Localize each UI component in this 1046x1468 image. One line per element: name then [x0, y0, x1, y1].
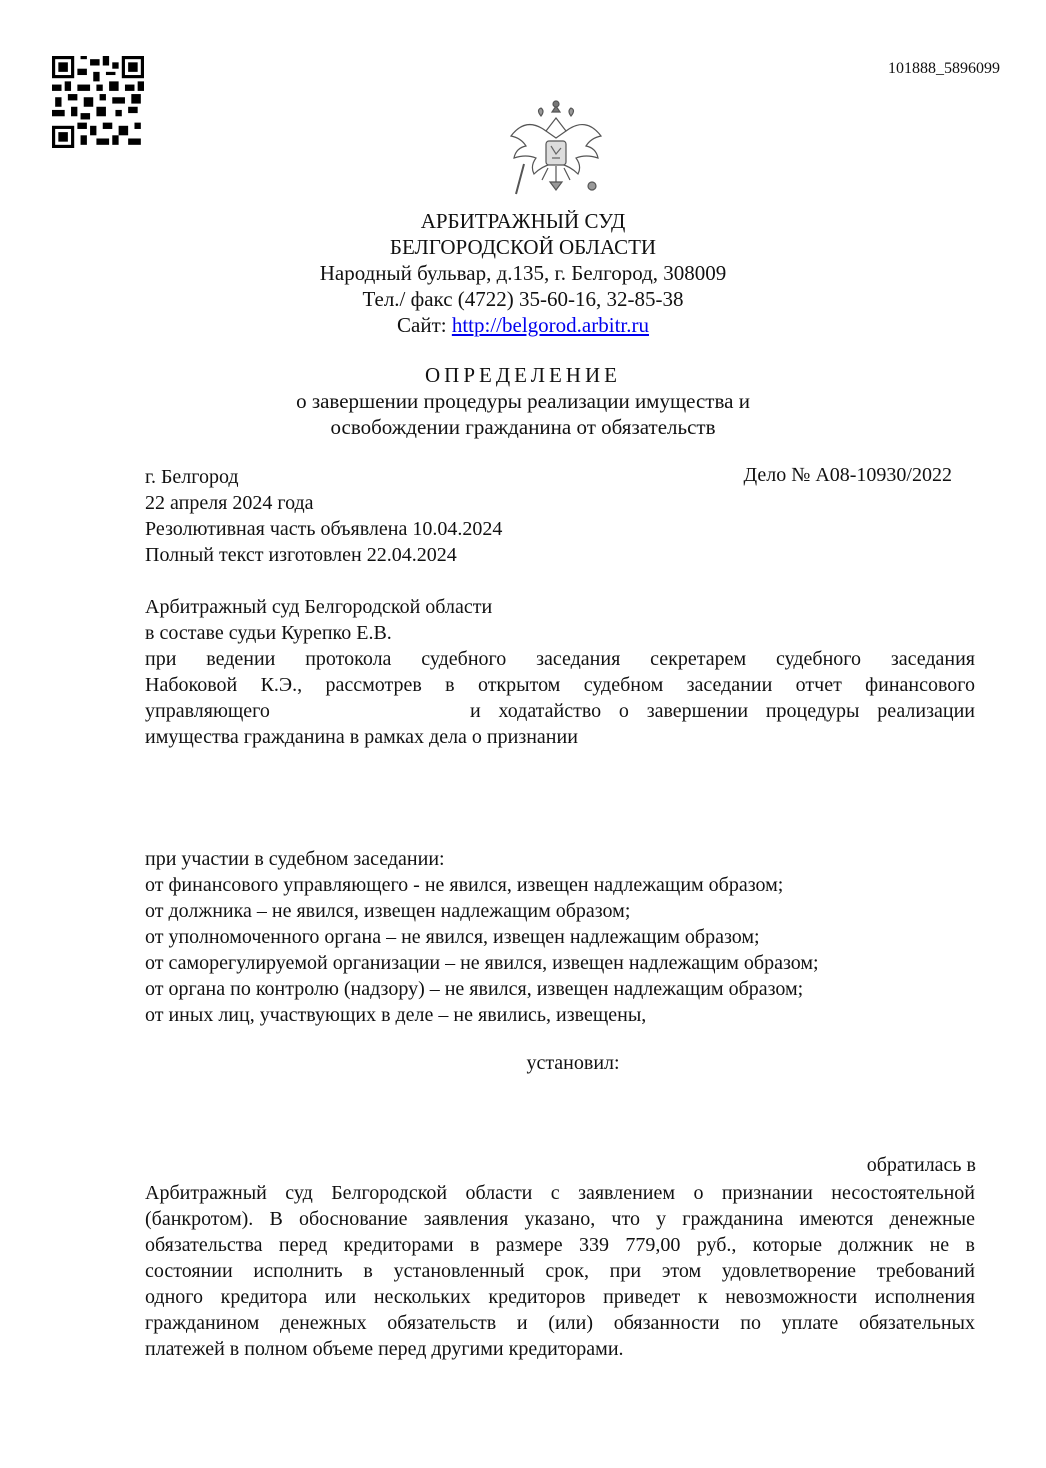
participation-item: от органа по контролю (надзору) – не яви…	[145, 976, 975, 1002]
intro-line: при ведении протокола судебного заседани…	[145, 646, 975, 672]
court-site: Сайт: http://belgorod.arbitr.ru	[0, 312, 1046, 338]
resolution-announced: Резолютивная часть объявлена 10.04.2024	[145, 516, 502, 542]
participation-item: от иных лиц, участвующих в деле – не яви…	[145, 1002, 975, 1028]
body-line: гражданином денежных обязательств и (или…	[145, 1310, 975, 1336]
intro-line: в составе судьи Курепко Е.В.	[145, 620, 975, 646]
document-title: ОПРЕДЕЛЕНИЕ	[0, 362, 1046, 388]
document-subtitle-line1: о завершении процедуры реализации имущес…	[0, 388, 1046, 414]
intro-section: Арбитражный суд Белгородской области в с…	[145, 594, 975, 750]
body-paragraph: Арбитражный суд Белгородской области с з…	[145, 1180, 975, 1362]
participation-item: от уполномоченного органа – не явился, и…	[145, 924, 975, 950]
court-name: АРБИТРАЖНЫЙ СУД	[0, 208, 1046, 234]
document-id: 101888_5896099	[888, 60, 1000, 78]
site-label: Сайт:	[397, 313, 452, 337]
full-text-made: Полный текст изготовлен 22.04.2024	[145, 542, 457, 568]
intro-line: управляющего и ходатайство о завершении …	[145, 698, 975, 724]
body-line: платежей в полном объеме перед другими к…	[145, 1336, 975, 1362]
city: г. Белгород	[145, 464, 239, 490]
intro-line: имущества гражданина в рамках дела о при…	[145, 724, 975, 750]
intro-line: Набоковой К.Э., рассмотрев в открытом су…	[145, 672, 975, 698]
participation-heading: при участии в судебном заседании:	[145, 846, 975, 872]
court-address: Народный бульвар, д.135, г. Белгород, 30…	[0, 260, 1046, 286]
body-first-line: обратилась в	[867, 1154, 976, 1177]
participation-item: от должника – не явился, извещен надлежа…	[145, 898, 975, 924]
coat-of-arms-icon	[506, 96, 606, 206]
decision-date: 22 апреля 2024 года	[145, 490, 314, 516]
intro-line: Арбитражный суд Белгородской области	[145, 594, 975, 620]
participation-section: при участии в судебном заседании: от фин…	[145, 846, 975, 1028]
body-line: (банкротом). В обоснование заявления ука…	[145, 1206, 975, 1232]
body-line: одного кредитора или нескольких кредитор…	[145, 1284, 975, 1310]
body-line: обязательства перед кредиторами в размер…	[145, 1232, 975, 1258]
court-phone: Тел./ факс (4722) 35-60-16, 32-85-38	[0, 286, 1046, 312]
site-link[interactable]: http://belgorod.arbitr.ru	[452, 313, 649, 337]
intro-line-part: управляющего	[145, 698, 270, 724]
court-region: БЕЛГОРОДСКОЙ ОБЛАСТИ	[0, 234, 1046, 260]
established-heading: установил:	[0, 1052, 1046, 1075]
participation-item: от саморегулируемой организации – не яви…	[145, 950, 975, 976]
case-number: Дело № А08-10930/2022	[744, 464, 953, 487]
intro-line-part: и ходатайство о завершении процедуры реа…	[470, 698, 975, 724]
body-line: состоянии исполнить в установленный срок…	[145, 1258, 975, 1284]
document-subtitle-line2: освобождении гражданина от обязательств	[0, 414, 1046, 440]
body-line: Арбитражный суд Белгородской области с з…	[145, 1180, 975, 1206]
participation-item: от финансового управляющего - не явился,…	[145, 872, 975, 898]
qr-code-icon	[52, 56, 144, 148]
